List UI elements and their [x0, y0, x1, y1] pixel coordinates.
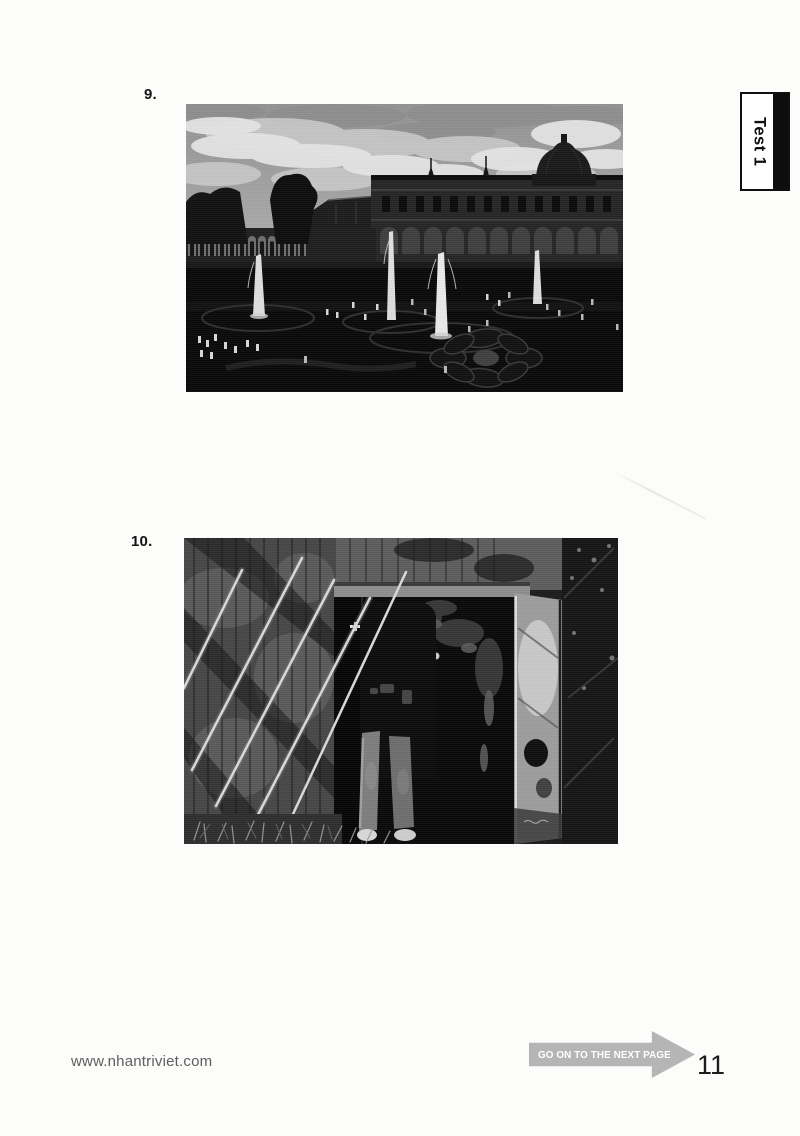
- scan-crease-artifact: [612, 470, 706, 519]
- side-tab-black-bar: [773, 94, 788, 189]
- go-on-to-next-page-label: GO ON TO THE NEXT PAGE: [538, 1049, 671, 1061]
- question-number-10: 10.: [131, 533, 152, 550]
- question-number-9: 9.: [144, 86, 157, 103]
- page-number: 11: [697, 1050, 725, 1081]
- barn-doorway-illustration: [184, 538, 618, 844]
- side-tab-test-1: Test 1: [740, 92, 790, 191]
- question-9-photo: [186, 104, 623, 392]
- question-10-photo: [184, 538, 618, 844]
- side-tab-label: Test 1: [747, 94, 771, 189]
- scanned-test-page: 9.: [0, 0, 800, 1136]
- next-page-arrow-icon: GO ON TO THE NEXT PAGE: [529, 1031, 695, 1078]
- publisher-website-text: www.nhantriviet.com: [71, 1053, 212, 1070]
- palace-courtyard-illustration: [186, 104, 623, 392]
